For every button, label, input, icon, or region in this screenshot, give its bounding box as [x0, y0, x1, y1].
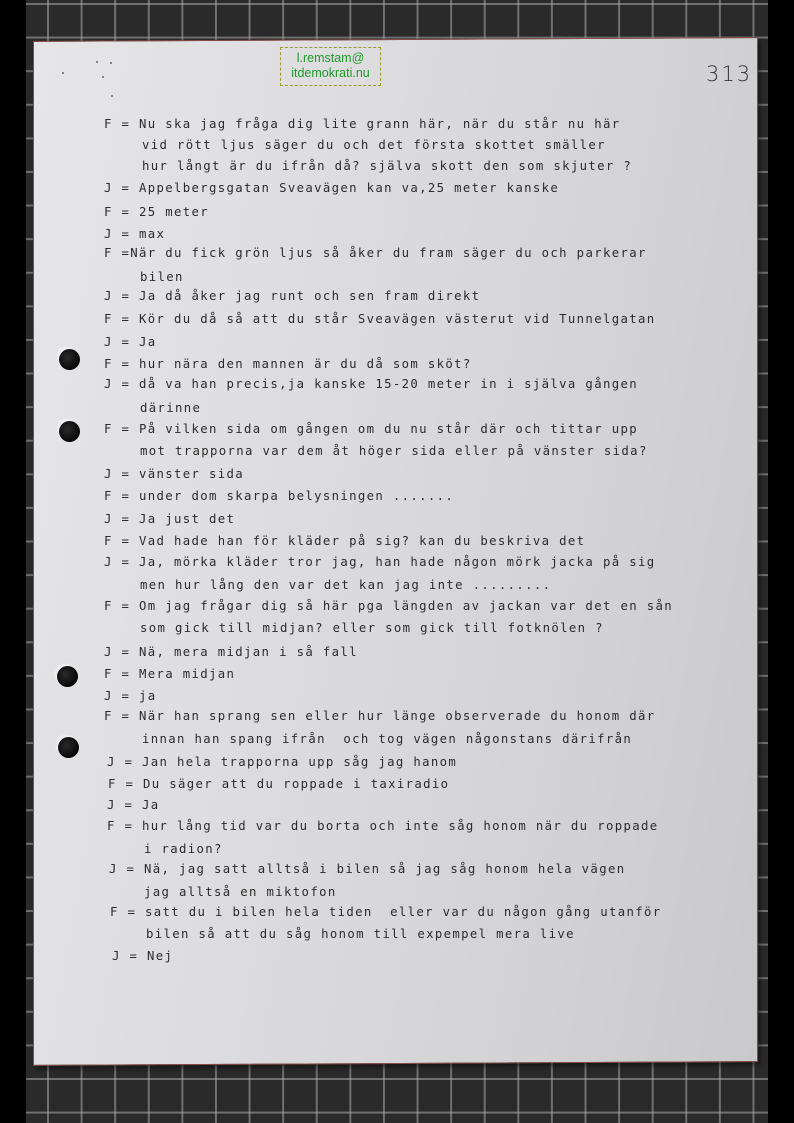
speaker-label: F = [104, 205, 139, 219]
transcript-line: som gick till midjan? eller som gick til… [140, 621, 604, 635]
speaker-label: F = [104, 599, 139, 613]
transcript-line: F = När han sprang sen eller hur länge o… [104, 709, 655, 723]
speck [111, 95, 113, 97]
speaker-label: F = [104, 357, 139, 371]
transcript-line: F = Kör du då så att du står Sveavägen v… [104, 312, 655, 326]
speck [110, 62, 112, 64]
line-text: Om jag frågar dig så här pga längden av … [139, 599, 673, 613]
speaker-label: F = [104, 246, 130, 260]
transcript-line: F = Nu ska jag fråga dig lite grann här,… [104, 117, 620, 131]
speaker-label: J = [107, 755, 142, 769]
line-text: Ja då åker jag runt och sen fram direkt [139, 289, 480, 303]
line-text: Nä, mera midjan i så fall [139, 645, 358, 659]
speaker-label: J = [107, 798, 142, 812]
speaker-label: J = [112, 949, 147, 963]
speaker-label: J = [104, 467, 139, 481]
line-text: som gick till midjan? eller som gick til… [140, 621, 604, 635]
transcript-line: J = Ja [104, 335, 157, 349]
speaker-label: J = [104, 555, 139, 569]
transcript-line: F = Vad hade han för kläder på sig? kan … [104, 534, 585, 548]
line-text: satt du i bilen hela tiden eller var du … [145, 905, 661, 919]
speaker-label: J = [104, 645, 139, 659]
transcript-line: J = Nä, jag satt alltså i bilen så jag s… [109, 862, 625, 876]
speck [96, 61, 98, 63]
transcript-line: F = satt du i bilen hela tiden eller var… [110, 905, 661, 919]
transcript-line: J = max [104, 227, 165, 241]
speaker-label: F = [110, 905, 145, 919]
transcript-line: J = Nä, mera midjan i så fall [104, 645, 358, 659]
transcript-line: hur långt är du ifrån då? själva skott d… [142, 159, 632, 173]
line-text: Nej [147, 949, 173, 963]
line-text: hur långt är du ifrån då? själva skott d… [142, 159, 632, 173]
speaker-label: F = [104, 422, 139, 436]
line-text: Vad hade han för kläder på sig? kan du b… [139, 534, 585, 548]
transcript-line: F = hur nära den mannen är du då som skö… [104, 357, 472, 371]
transcript-line: F = På vilken sida om gången om du nu st… [104, 422, 638, 436]
transcript-line: i radion? [144, 842, 223, 856]
speaker-label: J = [104, 335, 139, 349]
line-text: ja [139, 689, 157, 703]
line-text: 25 meter [139, 205, 209, 219]
speaker-label: F = [104, 312, 139, 326]
punch-hole [59, 349, 80, 370]
speaker-label: J = [104, 512, 139, 526]
transcript-line: J = Nej [112, 949, 173, 963]
transcript-line: F =När du fick grön ljus så åker du fram… [104, 246, 647, 260]
line-text: Kör du då så att du står Sveavägen väste… [139, 312, 655, 326]
line-text: Ja just det [139, 512, 235, 526]
email-stamp: l.remstam@ itdemokrati.nu [280, 47, 381, 86]
line-text: Mera midjan [139, 667, 235, 681]
speaker-label: F = [104, 667, 139, 681]
transcript-line: J = Ja just det [104, 512, 235, 526]
line-text: Ja, mörka kläder tror jag, han hade någo… [139, 555, 655, 569]
transcript-line: J = då va han precis,ja kanske 15-20 met… [104, 377, 638, 391]
stamp-line-2: itdemokrati.nu [281, 66, 380, 81]
transcript-line: F = Om jag frågar dig så här pga längden… [104, 599, 673, 613]
line-text: Du säger att du roppade i taxiradio [143, 777, 449, 791]
transcript-line: innan han spang ifrån och tog vägen någo… [142, 732, 632, 746]
transcript-line: J = Ja, mörka kläder tror jag, han hade … [104, 555, 655, 569]
speck [62, 72, 64, 74]
transcript-line: J = Ja då åker jag runt och sen fram dir… [104, 289, 480, 303]
transcript-line: jag alltså en miktofon [144, 885, 337, 899]
transcript-line: J = Ja [107, 798, 160, 812]
line-text: Appelbergsgatan Sveavägen kan va,25 mete… [139, 181, 559, 195]
transcript-line: F = hur lång tid var du borta och inte s… [107, 819, 658, 833]
transcript-line: F = Du säger att du roppade i taxiradio [108, 777, 449, 791]
transcript-line: J = Jan hela trapporna upp såg jag hanom [107, 755, 457, 769]
transcript-line: J = vänster sida [104, 467, 244, 481]
line-text: därinne [140, 401, 201, 415]
stamp-line-1: l.remstam@ [281, 51, 380, 66]
line-text: Nä, jag satt alltså i bilen så jag såg h… [144, 862, 625, 876]
line-text: Ja [139, 335, 157, 349]
line-text: Ja [142, 798, 160, 812]
line-text: hur lång tid var du borta och inte såg h… [142, 819, 658, 833]
speaker-label: J = [109, 862, 144, 876]
speaker-label: F = [104, 534, 139, 548]
line-text: bilen så att du såg honom till expempel … [146, 927, 575, 941]
line-text: under dom skarpa belysningen ....... [139, 489, 454, 503]
transcript-line: J = ja [104, 689, 157, 703]
line-text: i radion? [144, 842, 223, 856]
transcript-line: men hur lång den var det kan jag inte ..… [140, 578, 551, 592]
line-text: Jan hela trapporna upp såg jag hanom [142, 755, 457, 769]
line-text: bilen [140, 270, 184, 284]
punch-hole [57, 666, 78, 687]
punch-hole [59, 421, 80, 442]
transcript-line: F = 25 meter [104, 205, 209, 219]
transcript-line: vid rött ljus säger du och det första sk… [142, 138, 606, 152]
transcript-line: F = under dom skarpa belysningen ....... [104, 489, 454, 503]
speaker-label: J = [104, 289, 139, 303]
transcript-line: därinne [140, 401, 201, 415]
line-text: men hur lång den var det kan jag inte ..… [140, 578, 551, 592]
transcript-line: bilen [140, 270, 184, 284]
line-text: På vilken sida om gången om du nu står d… [139, 422, 638, 436]
line-text: innan han spang ifrån och tog vägen någo… [142, 732, 632, 746]
transcript-line: F = Mera midjan [104, 667, 235, 681]
speaker-label: J = [104, 689, 139, 703]
speaker-label: F = [107, 819, 142, 833]
speaker-label: F = [108, 777, 143, 791]
line-text: När han sprang sen eller hur länge obser… [139, 709, 655, 723]
line-text: Nu ska jag fråga dig lite grann här, när… [139, 117, 620, 131]
transcript-line: mot trapporna var dem åt höger sida elle… [140, 444, 648, 458]
transcript-line: J = Appelbergsgatan Sveavägen kan va,25 … [104, 181, 559, 195]
page-number: 313 [706, 62, 752, 86]
line-text: mot trapporna var dem åt höger sida elle… [140, 444, 648, 458]
speaker-label: F = [104, 117, 139, 131]
speaker-label: J = [104, 227, 139, 241]
speaker-label: F = [104, 489, 139, 503]
speck [102, 76, 104, 78]
speaker-label: J = [104, 181, 139, 195]
line-text: vänster sida [139, 467, 244, 481]
line-text: vid rött ljus säger du och det första sk… [142, 138, 606, 152]
punch-hole [58, 737, 79, 758]
speaker-label: J = [104, 377, 139, 391]
line-text: När du fick grön ljus så åker du fram sä… [130, 246, 646, 260]
transcript-line: bilen så att du såg honom till expempel … [146, 927, 575, 941]
line-text: max [139, 227, 165, 241]
line-text: hur nära den mannen är du då som sköt? [139, 357, 472, 371]
line-text: jag alltså en miktofon [144, 885, 337, 899]
line-text: då va han precis,ja kanske 15-20 meter i… [139, 377, 638, 391]
speaker-label: F = [104, 709, 139, 723]
